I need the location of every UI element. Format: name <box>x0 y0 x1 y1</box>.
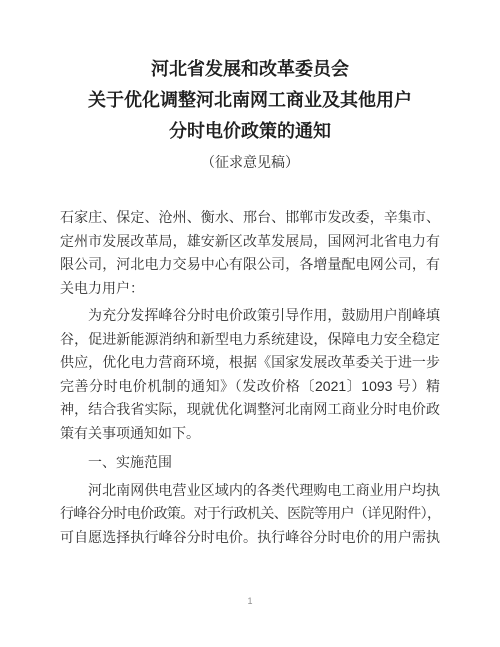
intro-paragraph: 为充分发挥峰谷分时电价政策引导作用，鼓励用户削峰填 谷，促进新能源消纳和新型电力… <box>60 304 440 445</box>
title-line-3: 分时电价政策的通知 <box>0 116 500 147</box>
intro-line: 为充分发挥峰谷分时电价政策引导作用，鼓励用户削峰填 <box>60 304 440 328</box>
document-title: 河北省发展和改革委员会 关于优化调整河北南网工商业及其他用户 分时电价政策的通知… <box>0 54 500 172</box>
salutation-paragraph: 石家庄、保定、沧州、衡水、邢台、邯郸市发改委，辛集市、 定州市发展改革局，雄安新… <box>60 206 440 300</box>
page-number: 1 <box>0 595 500 607</box>
intro-line: 策有关事项通知如下。 <box>60 422 440 446</box>
section-1-line: 河北南网供电营业区域内的各类代理购电工商业用户均执 <box>60 479 440 503</box>
document-body: 石家庄、保定、沧州、衡水、邢台、邯郸市发改委，辛集市、 定州市发展改革局，雄安新… <box>60 206 440 549</box>
intro-line: 神，结合我省实际，现就优化调整河北南网工商业分时电价政 <box>60 398 440 422</box>
draft-note: （征求意见稿） <box>0 152 500 172</box>
section-1-paragraph: 河北南网供电营业区域内的各类代理购电工商业用户均执 行峰谷分时电价政策。对于行政… <box>60 479 440 550</box>
salutation-line: 关电力用户： <box>60 277 440 301</box>
document-page: 河北省发展和改革委员会 关于优化调整河北南网工商业及其他用户 分时电价政策的通知… <box>0 0 500 647</box>
salutation-line: 石家庄、保定、沧州、衡水、邢台、邯郸市发改委，辛集市、 <box>60 206 440 230</box>
title-line-2: 关于优化调整河北南网工商业及其他用户 <box>0 85 500 116</box>
salutation-line: 定州市发展改革局，雄安新区改革发展局，国网河北省电力有 <box>60 230 440 254</box>
section-1-line: 可自愿选择执行峰谷分时电价。执行峰谷分时电价的用户需执 <box>60 526 440 550</box>
intro-line: 供应，优化电力营商环境，根据《国家发展改革委关于进一步 <box>60 351 440 375</box>
title-line-1: 河北省发展和改革委员会 <box>0 54 500 85</box>
section-1-line: 行峰谷分时电价政策。对于行政机关、医院等用户（详见附件）， <box>60 502 440 526</box>
salutation-line: 限公司，河北电力交易中心有限公司，各增量配电网公司，有 <box>60 253 440 277</box>
intro-line: 完善分时电价机制的通知》（发改价格〔2021〕1093 号）精 <box>60 375 440 399</box>
intro-line: 谷，促进新能源消纳和新型电力系统建设，保障电力安全稳定 <box>60 328 440 352</box>
section-1-heading: 一、实施范围 <box>60 451 440 475</box>
